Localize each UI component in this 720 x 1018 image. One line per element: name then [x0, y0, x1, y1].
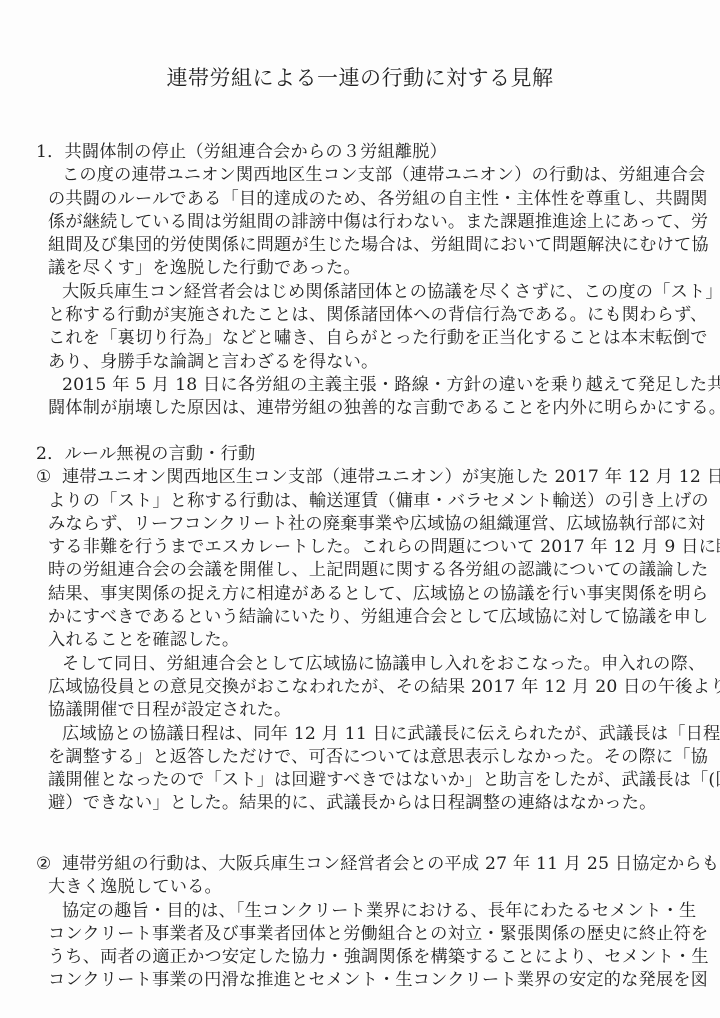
- section-1-heading: 1．共闘体制の停止（労組連合会からの３労組離脱）: [36, 141, 686, 164]
- paragraph-line: コンクリート事業者及び事業者団体と労働組合との対立・緊張関係の歴史に終止符を: [36, 923, 686, 946]
- paragraph-line: 闘体制が崩壊した原因は、連帯労組の独善的な言動であることを内外に明らかにする。: [36, 397, 686, 420]
- paragraph-line: 議を尽くす」を逸脱した行動であった。: [36, 257, 686, 280]
- paragraph-line: 大きく逸脱している。: [36, 876, 686, 899]
- paragraph-line: 係が継続している間は労組間の誹謗中傷は行わない。また課題推進途上にあって、労: [36, 211, 686, 234]
- item-2-marker: ②: [36, 853, 62, 876]
- paragraph-line: 広域協役員との意見交換がおこなわれたが、その結果 2017 年 12 月 20 …: [36, 676, 686, 699]
- paragraph-line: これを「裏切り行為」などと嘯き、自らがとった行動を正当化することは本末転倒で: [36, 327, 686, 350]
- item-1-first-line: ①連帯ユニオン関西地区生コン支部（連帯ユニオン）が実施した 2017 年 12 …: [36, 466, 686, 489]
- paragraph-line: 協議開催で日程が設定された。: [36, 699, 686, 722]
- paragraph-line: を調整する」と返答しただけで、可否については意思表示しなかった。その際に「協: [36, 746, 686, 769]
- paragraph-line: 組間及び集団的労使関係に問題が生じた場合は、労組間において問題解決にむけて協: [36, 234, 686, 257]
- document-title: 連帯労組による一連の行動に対する見解: [0, 62, 720, 92]
- item-1-marker: ①: [36, 466, 62, 489]
- paragraph-line: する非難を行うまでエスカレートした。これらの問題について 2017 年 12 月…: [36, 536, 686, 559]
- paragraph-line: 広域協との協議日程は、同年 12 月 11 日に武議長に伝えられたが、武議長は「…: [36, 723, 686, 746]
- section-2-heading: 2．ルール無視の言動・行動: [36, 443, 686, 466]
- paragraph-line: あり、身勝手な論調と言わざるを得ない。: [36, 351, 686, 374]
- section-2: 2．ルール無視の言動・行動 ①連帯ユニオン関西地区生コン支部（連帯ユニオン）が実…: [36, 443, 686, 816]
- paragraph-line: みならず、リーフコンクリート社の廃棄事業や広域協の組織運営、広域協執行部に対: [36, 513, 686, 536]
- paragraph-line: この度の連帯ユニオン関西地区生コン支部（連帯ユニオン）の行動は、労組連合会: [36, 164, 686, 187]
- paragraph-line: 連帯ユニオン関西地区生コン支部（連帯ユニオン）が実施した 2017 年 12 月…: [62, 467, 720, 487]
- paragraph-line: 議開催となったので「スト」は回避すべきではないか」と助言をしたが、武議長は「(回: [36, 769, 686, 792]
- paragraph-line: そして同日、労組連合会として広域協に協議申し入れをおこなった。申入れの際、: [36, 653, 686, 676]
- paragraph-line: 入れることを確認した。: [36, 629, 686, 652]
- paragraph-line: 結果、事実関係の捉え方に相違があるとして、広域協との協議を行い事実関係を明ら: [36, 583, 686, 606]
- paragraph-line: 時の労組連合会の会議を開催し、上記問題に関する各労組の認識についての議論した: [36, 559, 686, 582]
- paragraph-line: 協定の趣旨・目的は、「生コンクリート業界における、長年にわたるセメント・生: [36, 900, 686, 923]
- paragraph-line: 避）できない」とした。結果的に、武議長からは日程調整の連絡はなかった。: [36, 792, 686, 815]
- paragraph-line: と称する行動が実施されたことは、関係諸団体への背信行為である。にも関わらず、: [36, 304, 686, 327]
- paragraph-line: かにすべきであるという結論にいたり、労組連合会として広域協に対して協議を申し: [36, 606, 686, 629]
- paragraph-line: うち、両者の適正かつ安定した協力・強調関係を構築することにより、セメント・生: [36, 946, 686, 969]
- paragraph-line: 連帯労組の行動は、大阪兵庫生コン経営者会との平成 27 年 11 月 25 日協…: [62, 854, 719, 874]
- paragraph-line: コンクリート事業の円滑な推進とセメント・生コンクリート業界の安定的な発展を図: [36, 969, 686, 992]
- document-page: 連帯労組による一連の行動に対する見解 1．共闘体制の停止（労組連合会からの３労組…: [0, 0, 720, 1018]
- paragraph-line: 2015 年 5 月 18 日に各労組の主義主張・路線・方針の違いを乗り越えて発…: [36, 374, 686, 397]
- paragraph-line: 大阪兵庫生コン経営者会はじめ関係諸団体との協議を尽くさずに、この度の「スト」: [36, 281, 686, 304]
- paragraph-line: の共闘のルールである「目的達成のため、各労組の自主性・主体性を尊重し、共闘関: [36, 188, 686, 211]
- paragraph-line: よりの「スト」と称する行動は、輸送運賃（傭車・バラセメント輸送）の引き上げの: [36, 490, 686, 513]
- section-1: 1．共闘体制の停止（労組連合会からの３労組離脱） この度の連帯ユニオン関西地区生…: [36, 141, 686, 421]
- item-2-first-line: ②連帯労組の行動は、大阪兵庫生コン経営者会との平成 27 年 11 月 25 日…: [36, 853, 686, 876]
- section-2-item-2: ②連帯労組の行動は、大阪兵庫生コン経営者会との平成 27 年 11 月 25 日…: [36, 853, 686, 993]
